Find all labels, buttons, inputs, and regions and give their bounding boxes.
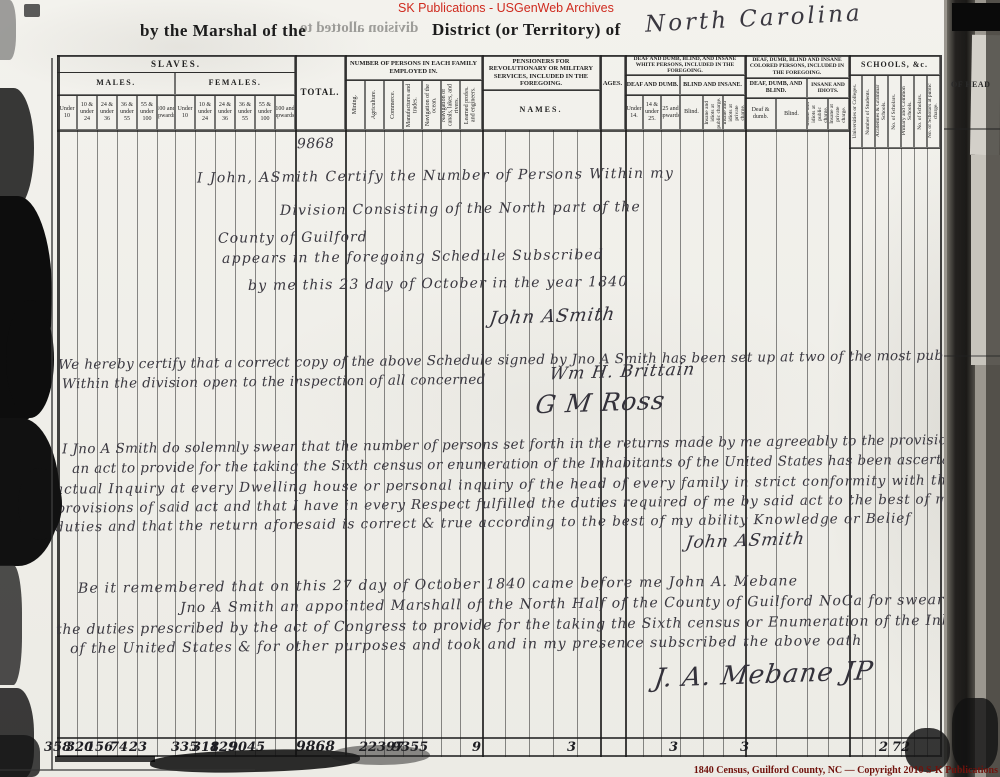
col-header-colored-insane-private: Insane at private charge. [828, 98, 849, 130]
handwritten-line: Jno A Smith an appointed Marshall of the… [180, 592, 970, 616]
total-value: 3 [740, 740, 749, 755]
col-header-colored-insane-title: INSANE AND IDIOTS. [807, 78, 849, 98]
col-header-females: FEMALES. [175, 72, 295, 95]
col-header-employed-title: NUMBER OF PERSONS IN EACH FAMILY EMPLOYE… [345, 55, 482, 80]
marshal-heading: by the Marshal of the [140, 21, 306, 41]
scan-artifact-blob [952, 698, 998, 770]
total-value: 9 [472, 740, 481, 755]
col-header-female-age: 100 and upwards. [275, 95, 295, 130]
scan-artifact-line [944, 128, 1000, 130]
scan-artifact-smudge [55, 756, 155, 762]
signature: John ASmith [488, 304, 617, 329]
col-header-colored-deaf-dumb: Deaf & dumb. [745, 98, 776, 130]
col-header-male-age: 55 & under 100 [137, 95, 157, 130]
col-header-schools-title: SCHOOLS, &c. [849, 55, 940, 75]
col-header-school: No. of Scholars. [914, 75, 927, 148]
total-value: 74 [110, 740, 128, 755]
handwritten-line: by me this 23 day of October in the year… [248, 274, 629, 294]
col-header-white-deaf-age: Under 14. [625, 95, 643, 130]
col-header-male-age: 24 & under 36 [97, 95, 117, 130]
page-fold-line [51, 58, 53, 770]
grid-line [745, 55, 747, 757]
archive-banner: SK Publications - USGenWeb Archives [398, 1, 614, 15]
col-header-school: Universities or Colleges. [849, 75, 862, 148]
scan-artifact-blob [6, 300, 54, 418]
col-header-female-age: Under 10 [175, 95, 195, 130]
grid-line [57, 737, 940, 739]
grid-line [849, 55, 851, 757]
grid-line [849, 148, 940, 149]
signature: Wm H. Brittain [548, 359, 697, 384]
col-header-female-age: 36 & under 55 [235, 95, 255, 130]
col-header-female-age: 55 & under 100 [255, 95, 275, 130]
grid-line [940, 55, 942, 757]
col-header-school: Number of Students. [862, 75, 875, 148]
scan-artifact-blob [0, 565, 22, 685]
scan-artifact-line [0, 769, 255, 771]
col-header-employed: Navigation of the ocean. [422, 80, 441, 130]
col-header-colored-blind: Blind. [776, 98, 807, 130]
col-header-pensioners-title: PENSIONERS FOR REVOLUTIONARY OR MILITARY… [482, 55, 600, 90]
scan-artifact-strip [986, 0, 1000, 777]
col-header-female-age: 10 & under 24 [195, 95, 215, 130]
col-header-colored-impaired-title: DEAF, DUMB, BLIND AND INSANE COLORED PER… [745, 55, 849, 78]
col-header-colored-deaf-title: DEAF, DUMB, AND BLIND. [745, 78, 807, 98]
col-header-employed: Agriculture. [365, 80, 384, 130]
signature: J. A. Mebane JP [652, 656, 875, 694]
total-value: 3 [669, 740, 678, 755]
handwritten-line: Be it remembered that on this 27 day of … [78, 573, 798, 597]
col-header-male-age: 36 & under 55 [117, 95, 137, 130]
col-header-ages: AGES. [600, 55, 625, 130]
col-header-male-age: 10 & under 24 [77, 95, 97, 130]
handwritten-page-total: 9868 [297, 136, 334, 152]
handwritten-line: County of Guilford [218, 229, 368, 247]
col-header-male-age: Under 10 [57, 95, 77, 130]
territory-name-handwritten: North Carolina [644, 0, 863, 37]
col-header-colored-insane-public: Insane and idiots at public charge. [807, 98, 828, 130]
col-header-slaves: SLAVES. [57, 55, 295, 73]
copyright-caption: 1840 Census, Guilford County, NC — Copyr… [694, 765, 998, 776]
col-header-employed: Mining. [345, 80, 365, 130]
handwritten-line: appears in the foregoing Schedule Subscr… [222, 247, 604, 267]
col-header-female-age: 24 & under 36 [215, 95, 235, 130]
col-header-employed: Manufactures and trades. [403, 80, 422, 130]
scan-artifact-smudge [330, 745, 430, 765]
scan-artifact-blob [18, 468, 62, 540]
scan-artifact-blob [0, 0, 16, 60]
handwritten-line: Division Consisting of the North part of… [280, 199, 641, 219]
showthrough-text: division allotted to [300, 20, 418, 37]
total-value: 23 [129, 740, 147, 755]
total-value: 3 [567, 740, 576, 755]
col-header-white-deaf-title: DEAF AND DUMB. [625, 75, 680, 95]
col-header-white-deaf-age: 25 and upwards. [661, 95, 680, 130]
col-header-males: MALES. [57, 72, 175, 95]
col-header-white-blind: Blind. [680, 95, 703, 130]
col-header-white-impaired-title: DEAF AND DUMB, BLIND, AND INSANE WHITE P… [625, 55, 745, 75]
scan-artifact-line [944, 355, 1000, 357]
col-header-school: Primary and Common Schools. [901, 75, 914, 148]
signature: John ASmith [684, 529, 806, 553]
scan-artifact-blob [0, 88, 34, 208]
col-header-white-insane-public: Insane and idiots at public charge. [703, 95, 723, 130]
signature: G M Ross [534, 386, 668, 419]
scanned-census-page: SK Publications - USGenWeb Archives by t… [0, 0, 1000, 777]
col-header-total: TOTAL. [295, 55, 345, 130]
grid-line [57, 130, 849, 132]
scan-artifact-blob [24, 4, 40, 17]
col-header-school: No. of Scholars. [888, 75, 901, 148]
scan-artifact-box [952, 3, 1000, 31]
adjacent-page-text: OF HEAD [951, 80, 999, 89]
handwritten-line: I John, ASmith Certify the Number of Per… [197, 166, 674, 187]
total-value: 2 [879, 740, 888, 755]
col-header-employed: Navigation of canals, lakes, and rivers. [441, 80, 460, 130]
col-header-male-age: 100 and upwards. [157, 95, 175, 130]
col-header-white-blind-title: BLIND AND INSANE. [680, 75, 745, 95]
col-header-school: Academies & Grammar Schools. [875, 75, 888, 148]
district-heading: District (or Territory) of [432, 20, 621, 40]
col-header-white-deaf-age: 14 & under 25. [643, 95, 661, 130]
col-header-employed: Commerce. [384, 80, 403, 130]
col-header-school: No. of Scholars at public charge. [927, 75, 940, 148]
grid-line [57, 55, 60, 757]
col-header-white-insane-private: Insane and idiots at private charge. [723, 95, 745, 130]
col-header-employed: Learned profes. and engineers. [460, 80, 482, 130]
col-header-pensioner-names: NAMES. [482, 90, 600, 130]
